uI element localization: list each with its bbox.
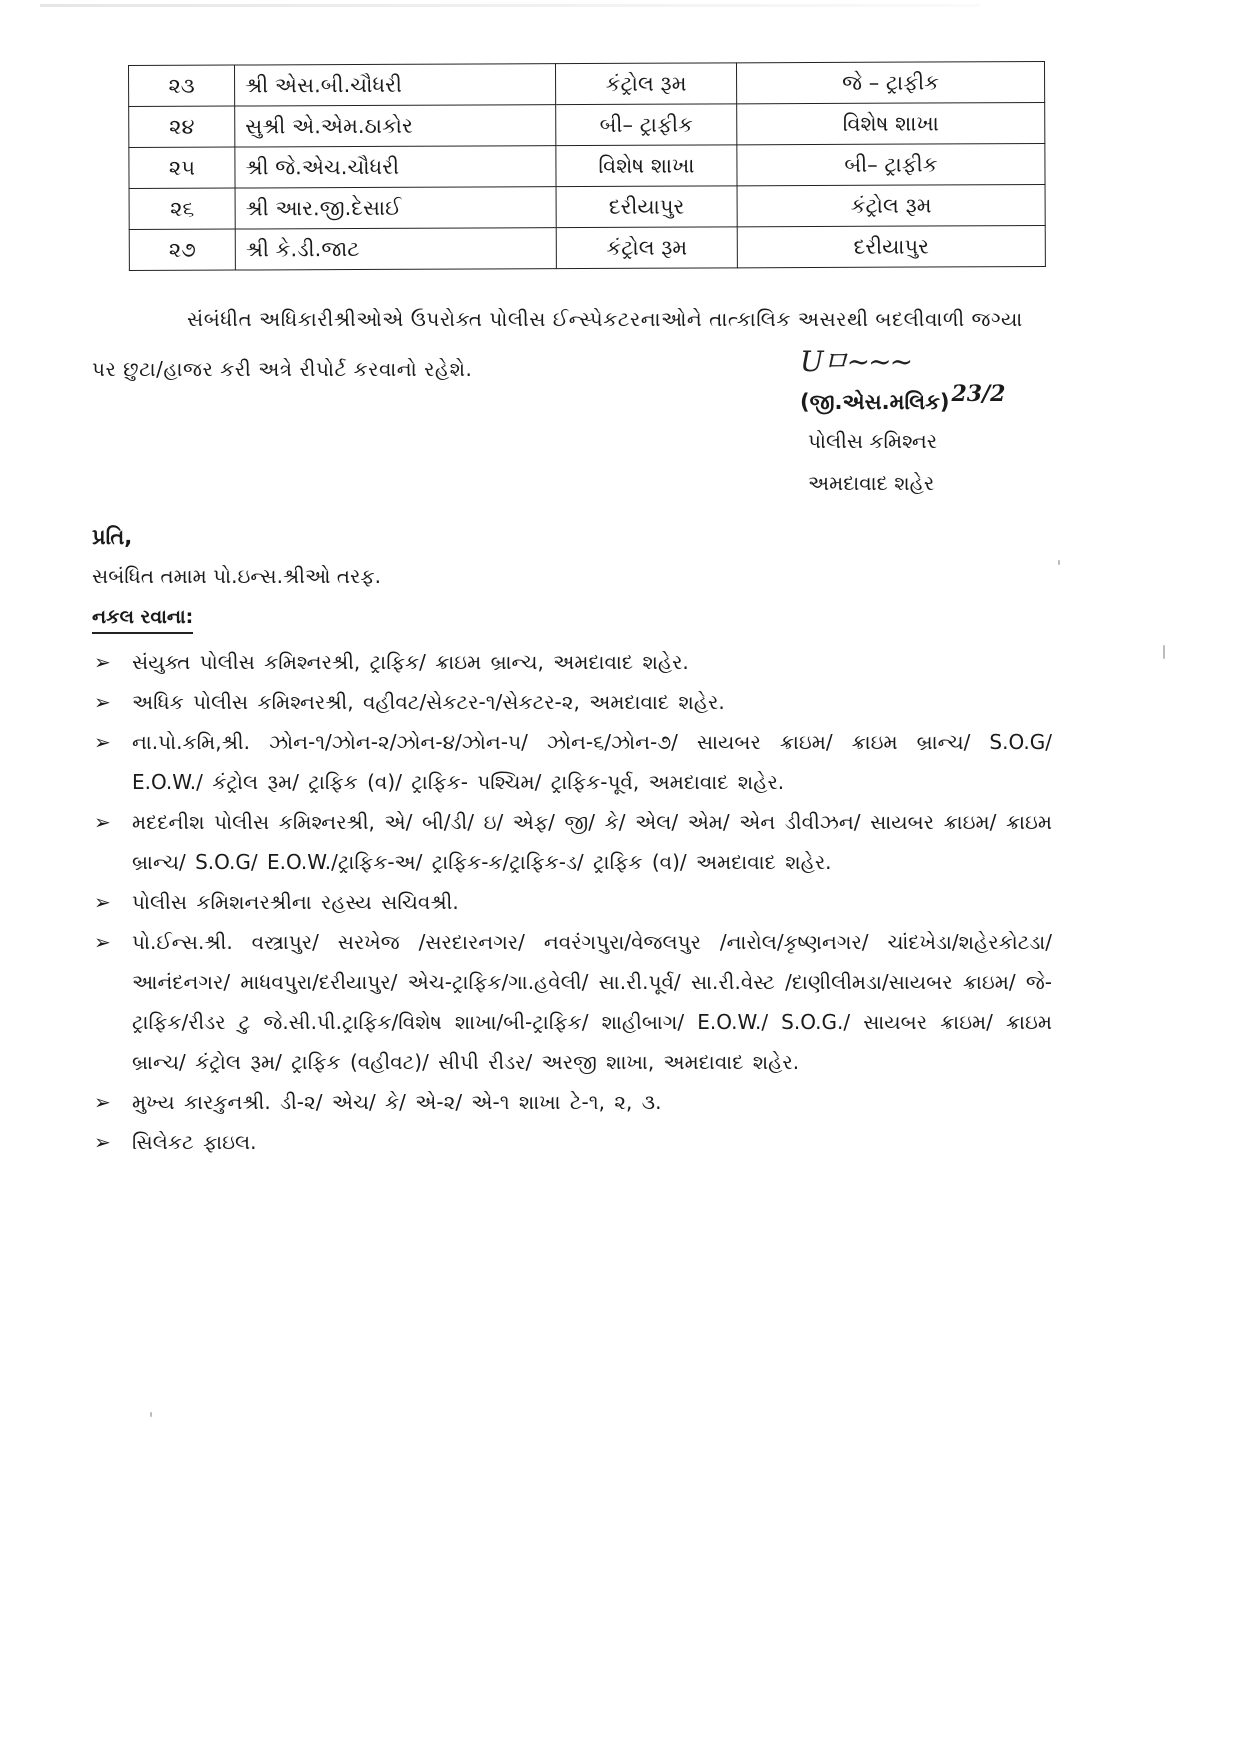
copy-to-heading: નકલ રવાના: xyxy=(92,602,193,634)
arrow-bullet-icon: ➢ xyxy=(94,922,111,962)
current-posting: દરીયાપુર xyxy=(556,186,737,228)
arrow-bullet-icon: ➢ xyxy=(94,802,111,842)
list-item: ➢સિલેકટ ફાઇલ. xyxy=(92,1122,1052,1162)
list-item-text: અધિક પોલીસ કમિશ્નરશ્રી, વહીવટ/સેકટર-૧/સે… xyxy=(132,690,725,714)
signatory-city: અમદાવાદ શહેર xyxy=(800,462,1080,504)
table-row: ૨૩ શ્રી એસ.બી.ચૌધરી કંટ્રોલ રૂમ જે – ટ્ર… xyxy=(129,62,1045,107)
list-item-text: સંયુક્ત પોલીસ કમિશ્નરશ્રી, ટ્રાફિક/ ક્રા… xyxy=(132,650,689,674)
current-posting: કંટ્રોલ રૂમ xyxy=(555,63,736,105)
list-item-text: સિલેકટ ફાઇલ. xyxy=(132,1130,256,1154)
serial-number: ૨૬ xyxy=(129,188,235,229)
list-item: ➢પોલીસ કમિશનરશ્રીના રહસ્ય સચિવશ્રી. xyxy=(92,882,1052,922)
to-heading: પ્રતિ, xyxy=(92,518,1052,556)
list-item-text: મુખ્ય કારકુનશ્રી. ડી-૨/ એચ/ કે/ એ-૨/ એ-૧… xyxy=(132,1090,661,1114)
officer-name: શ્રી આર.જી.દેસાઈ xyxy=(235,187,556,229)
table-row: ૨૫ શ્રી જે.એચ.ચૌધરી વિશેષ શાખા બી– ટ્રાફ… xyxy=(129,144,1045,189)
to-recipient: સબંધિત તમામ પો.ઇન્સ.શ્રીઓ તરફ. xyxy=(92,556,1052,596)
new-posting: જે – ટ્રાફીક xyxy=(736,62,1044,104)
serial-number: ૨૫ xyxy=(129,147,235,188)
new-posting: કંટ્રોલ રૂમ xyxy=(737,184,1045,226)
arrow-bullet-icon: ➢ xyxy=(94,682,111,722)
officer-name: શ્રી જે.એચ.ચૌધરી xyxy=(235,146,556,188)
handwritten-signature: Uㅁ~~~ xyxy=(800,340,1080,376)
scan-speck xyxy=(1058,560,1060,565)
distribution-section: પ્રતિ, સબંધિત તમામ પો.ઇન્સ.શ્રીઓ તરફ. નક… xyxy=(92,518,1052,1162)
signatory-name-line: (જી.એસ.મલિક)23/2 xyxy=(800,376,1080,420)
current-posting: કંટ્રોલ રૂમ xyxy=(556,227,737,269)
table-row: ૨૪ સુશ્રી એ.એમ.ઠાકોર બી– ટ્રાફીક વિશેષ શ… xyxy=(129,103,1045,148)
copy-to-list: ➢સંયુક્ત પોલીસ કમિશ્નરશ્રી, ટ્રાફિક/ ક્ર… xyxy=(92,642,1052,1162)
arrow-bullet-icon: ➢ xyxy=(94,642,111,682)
list-item: ➢મદદનીશ પોલીસ કમિશ્નરશ્રી, એ/ બી/ડી/ ઇ/ … xyxy=(92,802,1052,882)
arrow-bullet-icon: ➢ xyxy=(94,722,111,762)
serial-number: ૨૩ xyxy=(129,65,235,106)
serial-number: ૨૪ xyxy=(129,106,235,147)
current-posting: બી– ટ્રાફીક xyxy=(556,104,737,146)
list-item: ➢મુખ્ય કારકુનશ્રી. ડી-૨/ એચ/ કે/ એ-૨/ એ-… xyxy=(92,1082,1052,1122)
transfer-table: ૨૩ શ્રી એસ.બી.ચૌધરી કંટ્રોલ રૂમ જે – ટ્ર… xyxy=(128,61,1046,271)
arrow-bullet-icon: ➢ xyxy=(94,1122,111,1162)
list-item: ➢પો.ઈન્સ.શ્રી. વસ્ત્રાપુર/ સરખેજ /સરદારન… xyxy=(92,922,1052,1082)
handwritten-date: 23/2 xyxy=(952,381,1006,407)
new-posting: વિશેષ શાખા xyxy=(737,103,1045,145)
new-posting: બી– ટ્રાફીક xyxy=(737,144,1045,186)
list-item-text: મદદનીશ પોલીસ કમિશ્નરશ્રી, એ/ બી/ડી/ ઇ/ એ… xyxy=(132,810,1052,874)
scan-edge-artifact xyxy=(40,4,980,7)
officer-name: સુશ્રી એ.એમ.ઠાકોર xyxy=(235,105,556,147)
scan-speck xyxy=(1163,645,1165,659)
signatory-designation: પોલીસ કમિશ્નર xyxy=(800,420,1080,462)
list-item: ➢અધિક પોલીસ કમિશ્નરશ્રી, વહીવટ/સેકટર-૧/સ… xyxy=(92,682,1052,722)
scan-speck xyxy=(150,1412,152,1417)
list-item: ➢ના.પો.કમિ,શ્રી. ઝોન-૧/ઝોન-૨/ઝોન-૪/ઝોન-૫… xyxy=(92,722,1052,802)
table-row: ૨૬ શ્રી આર.જી.દેસાઈ દરીયાપુર કંટ્રોલ રૂમ xyxy=(129,184,1045,229)
officer-name: શ્રી એસ.બી.ચૌધરી xyxy=(235,64,556,106)
new-posting: દરીયાપુર xyxy=(737,225,1045,267)
table-row: ૨૭ શ્રી કે.ડી.જાટ કંટ્રોલ રૂમ દરીયાપુર xyxy=(129,225,1045,270)
arrow-bullet-icon: ➢ xyxy=(94,1082,111,1122)
current-posting: વિશેષ શાખા xyxy=(556,145,737,187)
list-item-text: પો.ઈન્સ.શ્રી. વસ્ત્રાપુર/ સરખેજ /સરદારનગ… xyxy=(132,930,1052,1074)
arrow-bullet-icon: ➢ xyxy=(94,882,111,922)
list-item: ➢સંયુક્ત પોલીસ કમિશ્નરશ્રી, ટ્રાફિક/ ક્ર… xyxy=(92,642,1052,682)
list-item-text: ના.પો.કમિ,શ્રી. ઝોન-૧/ઝોન-૨/ઝોન-૪/ઝોન-૫/… xyxy=(132,730,1052,794)
list-item-text: પોલીસ કમિશનરશ્રીના રહસ્ય સચિવશ્રી. xyxy=(132,890,459,914)
signatory-name: (જી.એસ.મલિક) xyxy=(800,390,950,414)
serial-number: ૨૭ xyxy=(129,229,235,270)
officer-name: શ્રી કે.ડી.જાટ xyxy=(235,228,556,270)
signature-block: Uㅁ~~~ (જી.એસ.મલિક)23/2 પોલીસ કમિશ્નર અમદ… xyxy=(800,340,1080,504)
